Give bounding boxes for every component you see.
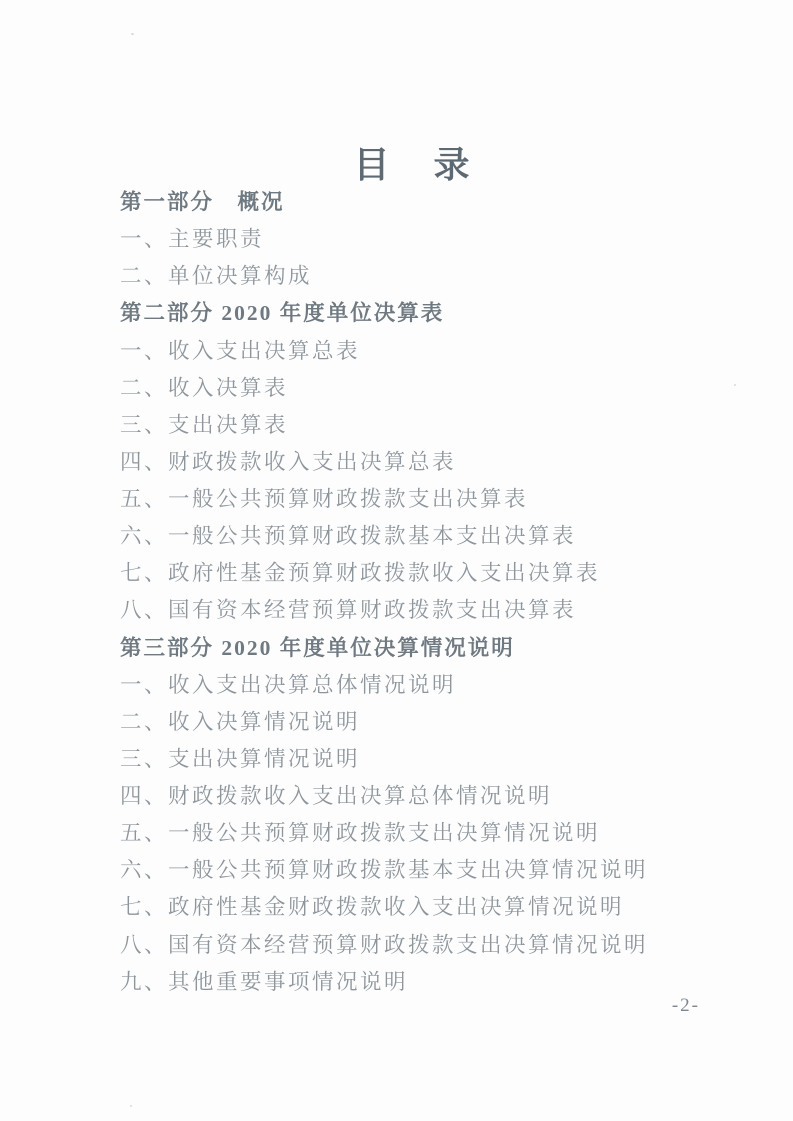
toc-item: 九、其他重要事项情况说明 bbox=[120, 962, 753, 999]
toc-item: 七、政府性基金预算财政拨款收入支出决算表 bbox=[120, 553, 753, 590]
toc-item: 三、支出决算表 bbox=[120, 405, 753, 442]
toc-item: 二、收入决算表 bbox=[120, 368, 753, 405]
toc-item: 四、财政拨款收入支出决算总体情况说明 bbox=[120, 776, 753, 813]
toc-item: 二、单位决算构成 bbox=[120, 256, 753, 293]
page-title: 目 录 bbox=[0, 137, 793, 188]
scan-speck bbox=[734, 384, 736, 386]
toc-item: 六、一般公共预算财政拨款基本支出决算情况说明 bbox=[120, 850, 753, 887]
toc-item: 五、一般公共预算财政拨款支出决算情况说明 bbox=[120, 813, 753, 850]
toc-item: 一、主要职责 bbox=[120, 219, 753, 256]
toc-item: 三、支出决算情况说明 bbox=[120, 739, 753, 776]
scan-speck bbox=[130, 1105, 132, 1107]
toc-item: 一、收入支出决算总表 bbox=[120, 331, 753, 368]
toc-item: 八、国有资本经营预算财政拨款支出决算情况说明 bbox=[120, 925, 753, 962]
toc-item: 五、一般公共预算财政拨款支出决算表 bbox=[120, 479, 753, 516]
toc-item: 七、政府性基金财政拨款收入支出决算情况说明 bbox=[120, 887, 753, 924]
document-page: 目 录 第一部分 概况 一、主要职责 二、单位决算构成 第二部分 2020 年度… bbox=[0, 0, 793, 1121]
toc-item: 八、国有资本经营预算财政拨款支出决算表 bbox=[120, 590, 753, 627]
page-number: -2- bbox=[672, 995, 700, 1017]
toc-item: 二、收入决算情况说明 bbox=[120, 702, 753, 739]
toc-item: 四、财政拨款收入支出决算总表 bbox=[120, 442, 753, 479]
scan-speck bbox=[131, 33, 134, 35]
table-of-contents: 第一部分 概况 一、主要职责 二、单位决算构成 第二部分 2020 年度单位决算… bbox=[120, 182, 753, 999]
toc-section-heading-part2: 第二部分 2020 年度单位决算表 bbox=[120, 293, 753, 330]
toc-section-heading-part3: 第三部分 2020 年度单位决算情况说明 bbox=[120, 628, 753, 665]
toc-item: 一、收入支出决算总体情况说明 bbox=[120, 665, 753, 702]
toc-section-heading-part1: 第一部分 概况 bbox=[120, 182, 753, 219]
toc-item: 六、一般公共预算财政拨款基本支出决算表 bbox=[120, 516, 753, 553]
